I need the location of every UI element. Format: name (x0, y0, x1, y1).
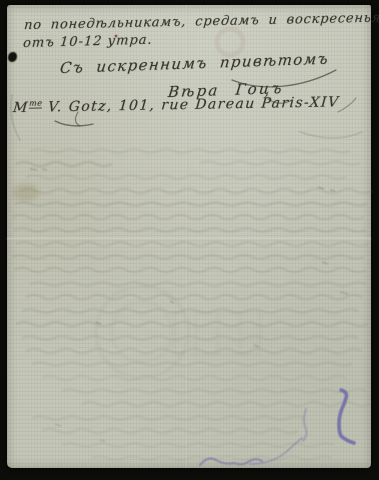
paper-stain (12, 184, 39, 201)
address-prefix: M (12, 100, 29, 116)
fold-crease-vertical (186, 5, 188, 468)
scanned-letter-page: по понедѣльникамъ, средамъ и воскресенья… (0, 0, 379, 480)
address-superscript: me (29, 99, 43, 109)
fold-crease-horizontal (7, 238, 371, 241)
